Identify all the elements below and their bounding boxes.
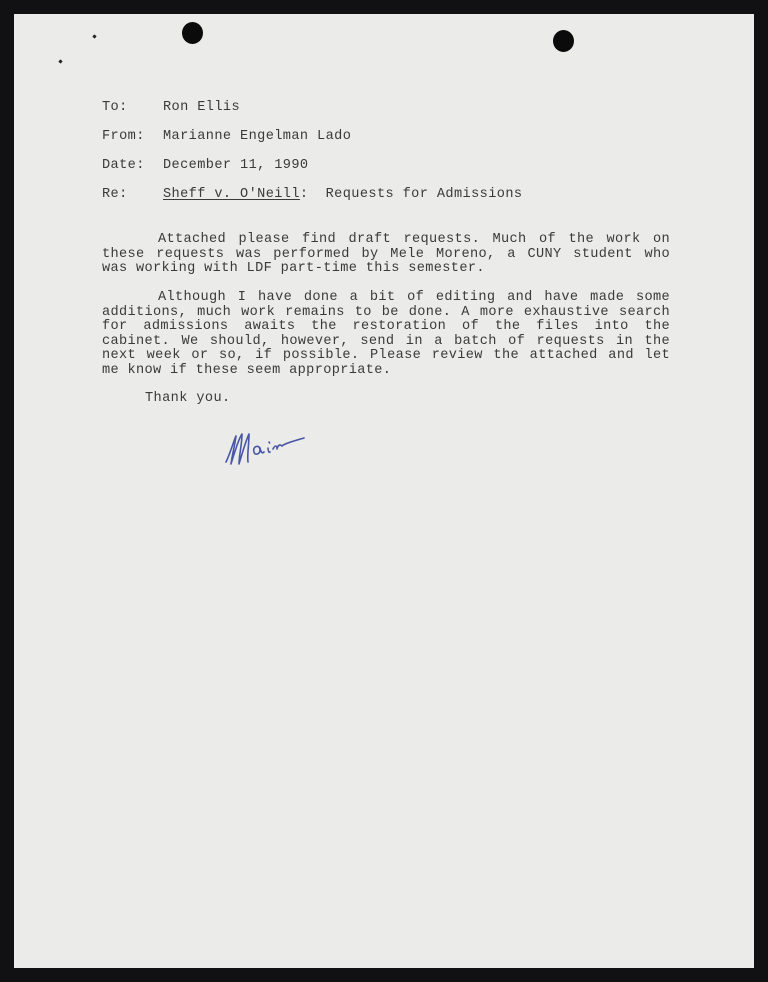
re-case-name: Sheff v. O'Neill [163,187,300,202]
date-value: December 11, 1990 [163,158,308,173]
paper-speck [58,59,62,63]
punch-hole [182,22,203,44]
memo-to-row: To:Ron Ellis [102,100,240,115]
memo-from-row: From:Marianne Engelman Lado [102,129,351,144]
handwritten-signature [222,418,312,474]
punch-hole [553,30,574,52]
re-label: Re: [102,187,163,202]
re-subject: Requests for Admissions [326,187,523,202]
to-value: Ron Ellis [163,100,240,115]
closing-line: Thank you. [145,391,231,406]
body-paragraph-2: Although I have done a bit of editing an… [102,291,670,379]
from-label: From: [102,129,163,144]
document-page: To:Ron Ellis From:Marianne Engelman Lado… [14,14,754,968]
re-separator: : [300,187,326,202]
memo-re-row: Re:Sheff v. O'Neill: Requests for Admiss… [102,187,522,202]
date-label: Date: [102,158,163,173]
from-value: Marianne Engelman Lado [163,129,351,144]
body-paragraph-1: Attached please find draft requests. Muc… [102,233,670,277]
to-label: To: [102,100,163,115]
paper-speck [92,34,96,38]
memo-date-row: Date:December 11, 1990 [102,158,308,173]
